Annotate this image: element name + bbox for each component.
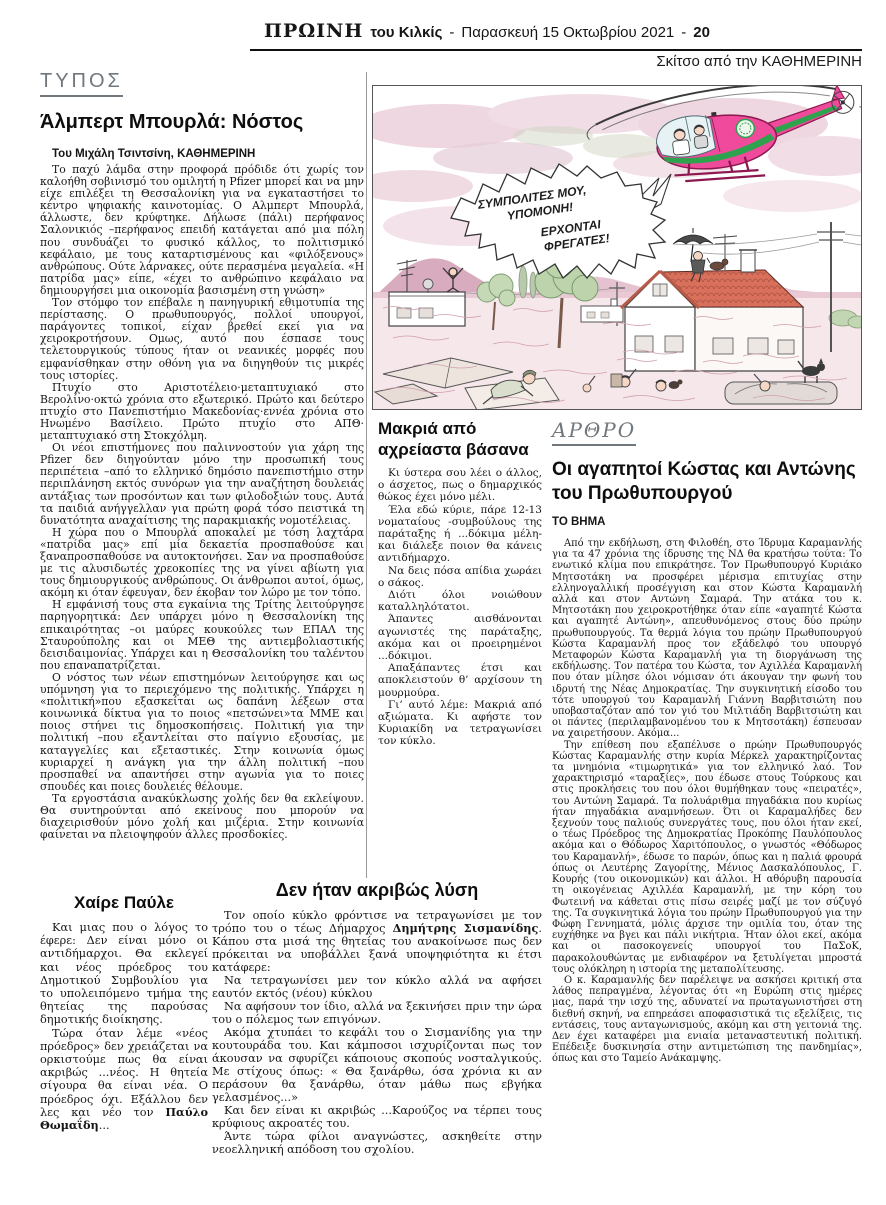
typos-paragraph: Τα εργοστάσια ανακύκλωσης χολής δεν θα ε… — [40, 793, 364, 841]
typos-byline: Του Μιχάλη Τσιντσίνη, ΚΑΘΗΜΕΡΙΝΗ — [40, 148, 364, 160]
arthro-paragraph: Την επίθεση που εξαπέλυσε ο πρώην Πρωθυπ… — [552, 740, 862, 975]
typos-paragraph: Πτυχίο στο Αριστοτέλειο·μεταπτυχιακό στο… — [40, 382, 364, 442]
section-label-typos: ΤΥΠΟΣ — [40, 70, 123, 97]
xaire-paragraph: Τώρα όταν λέμε «νέος πρόεδρος» δεν χρειά… — [40, 1027, 208, 1133]
article-makria: Μακριά από αχρείαστα βάσανα Κι ύστερα σο… — [378, 418, 542, 748]
typos-paragraph: Οι νέοι επιστήμονες που παλιννοστούν για… — [40, 442, 364, 527]
masthead-subtitle: του Κιλκίς — [370, 24, 442, 41]
column-divider — [366, 72, 367, 878]
article-xaire-pavle: Χαίρε Παύλε Και μιας που ο λόγος το έφερ… — [40, 893, 208, 1132]
makria-paragraph: Άπαντες αισθάνονται αγωνιστές της παράτα… — [378, 613, 542, 662]
arthro-paragraph: Από την εκδήλωση, στη Φιλοθέη, στο Ίδρυμ… — [552, 538, 862, 740]
article-arthro: ΑΡΘΡΟ Οι αγαπητοί Κώστας και Αντώνης του… — [552, 418, 862, 1065]
typos-paragraph: Τον στόμφο τον επέβαλε η πανηγυρική εθιμ… — [40, 297, 364, 382]
makria-paragraph: Γι’ αυτό λέμε: Μακριά από αξιώματα. Κι α… — [378, 699, 542, 748]
cartoon-canvas: ΣΥΜΠΟΛΙΤΕΣ ΜΟΥ, ΥΠΟΜΟΝΗ! ΕΡΧΟΝΤΑΙ ΦΡΕΓΑΤ… — [373, 86, 861, 409]
arthro-paragraph: Ο κ. Καραμανλής δεν παρέλειψε να ασκήσει… — [552, 975, 862, 1065]
typos-paragraph: Η χώρα που ο Μπουρλά αποκαλεί με τόση λα… — [40, 527, 364, 600]
xaire-paragraph: Και μιας που ο λόγος το έφερε: Δεν είναι… — [40, 921, 208, 1027]
typos-paragraph: Η εμφάνισή τους στα εγκαίνια της Τρίτης … — [40, 599, 364, 672]
den-itan-paragraph: Να τετραγωνίσει μεν τον κύκλο αλλά να αφ… — [212, 974, 542, 1000]
den-itan-paragraph: Να αφήσουν τον ίδιο, αλλά να ξεκινήσει π… — [212, 1000, 542, 1026]
masthead-dash: - — [449, 24, 454, 41]
masthead-dash: - — [681, 24, 686, 41]
den-itan-paragraph: Ακόμα χτυπάει το κεφάλι του ο Σισμανίδης… — [212, 1026, 542, 1104]
arthro-headline: Οι αγαπητοί Κώστας και Αντώνης του Πρωθυ… — [552, 458, 862, 506]
makria-paragraph: Διότι όλοι νοιώθουν καταλληλότατοι. — [378, 589, 542, 613]
masthead: ΠΡΩΙΝΗ του Κιλκίς - Παρασκευή 15 Οκτωβρί… — [250, 18, 862, 51]
makria-paragraph: Έλα εδώ κύριε, πάρε 12-13 νοματαίους -συ… — [378, 504, 542, 565]
bold-name: Δημήτρης Σισμανίδης — [393, 921, 539, 935]
page-number: 20 — [693, 24, 710, 41]
den-itan-paragraph: Τον οποίο κύκλο φρόντισε να τετραγωνίσει… — [212, 909, 542, 974]
makria-headline: Μακριά από αχρείαστα βάσανα — [378, 418, 542, 460]
newspaper-logo: ΠΡΩΙΝΗ — [264, 20, 363, 42]
article-den-itan: Δεν ήταν ακριβώς λύση Τον οποίο κύκλο φρ… — [212, 880, 542, 1156]
typos-paragraph: Ο νόστος των νέων επιστημόνων λειτούργησ… — [40, 672, 364, 793]
den-itan-paragraph: Άντε τώρα φίλοι αναγνώστες, ασκηθείτε στ… — [212, 1130, 542, 1156]
masthead-date: Παρασκευή 15 Οκτωβρίου 2021 — [461, 24, 674, 41]
den-itan-paragraph: Και δεν είναι κι ακριβώς ...Καρούζος να … — [212, 1104, 542, 1130]
cartoon-credit: Σκίτσο από την ΚΑΘΗΜΕΡΙΝΗ — [656, 53, 862, 70]
typos-headline: Άλμπερτ Μπουρλά: Νόστος — [40, 111, 364, 134]
typos-paragraph: Το παχύ λάμδα στην προφορά πρόδιδε ότι χ… — [40, 164, 364, 297]
section-label-arthro: ΑΡΘΡΟ — [552, 418, 636, 446]
den-itan-headline: Δεν ήταν ακριβώς λύση — [212, 880, 542, 901]
editorial-cartoon: ΣΥΜΠΟΛΙΤΕΣ ΜΟΥ, ΥΠΟΜΟΝΗ! ΕΡΧΟΝΤΑΙ ΦΡΕΓΑΤ… — [372, 85, 862, 410]
makria-paragraph: Απαξάπαντες έτσι και αποκλειστούν θ’ αρχ… — [378, 662, 542, 699]
xaire-headline: Χαίρε Παύλε — [40, 893, 208, 913]
article-typos: ΤΥΠΟΣ Άλμπερτ Μπουρλά: Νόστος Του Μιχάλη… — [40, 70, 364, 841]
arthro-source: ΤΟ ΒΗΜΑ — [552, 516, 862, 528]
makria-paragraph: Να δεις πόσα απίδια χωράει ο σάκος. — [378, 565, 542, 589]
makria-paragraph: Κι ύστερα σου λέει ο άλλος, ο άσχετος, π… — [378, 467, 542, 504]
